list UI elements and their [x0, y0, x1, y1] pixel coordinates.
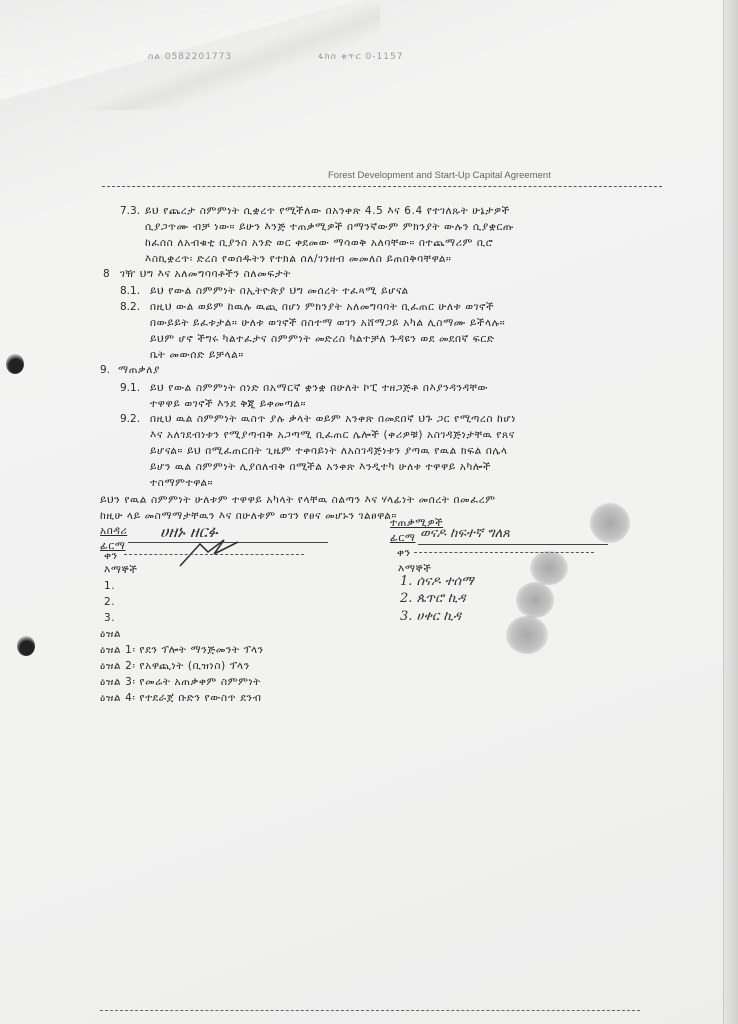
- section-number: 8: [103, 268, 110, 280]
- beneficiary-signature: ወናዶ ከፍተኛ ግለጸ: [420, 526, 510, 541]
- clause-line: ይሆናል። ይህ በሚፈጠርበት ጊዜም ተቀባይነት ለአስገዳጅነቱን ያጣ…: [150, 443, 508, 459]
- section-number: 9.: [100, 364, 110, 376]
- fingerprint-stamp: [516, 582, 554, 618]
- date-label: ቀን: [397, 545, 411, 561]
- annex-item: ዕዝል 3፡ የመሬት አጠቃቀም ስምምነት: [100, 674, 261, 690]
- signature-label: ፊርማ: [390, 530, 416, 546]
- fingerprint-stamp: [506, 616, 548, 654]
- punch-hole-top: [6, 354, 24, 374]
- clause-line: ይህ የጨረታ ስምምነት ሲቋረጥ የሚችለው በአንቀጽ 4.5 እና 6.…: [145, 203, 510, 219]
- signature-line: [418, 544, 608, 545]
- clause-line: በውይይት ይፈቱታል። ሁለቱ ወገኖች በስተማ ወገን አሸማጋይ አካል…: [150, 315, 505, 331]
- lender-label: አበዳሪ: [100, 523, 127, 539]
- clause-number: 8.2.: [120, 301, 140, 313]
- clause-line: ተስማምተዋል።: [150, 475, 213, 491]
- section-title: ገዥ ህግ እና አለመግባባቶችን ስለመፍታት: [120, 266, 291, 282]
- clause-line: ይሆን ዉል ስምምነት ሊያሰለብቅ በሚችል አንቀጽ እንዲተካ ሁለቱ …: [150, 459, 491, 475]
- witnesses-label: እማኞች: [104, 562, 137, 578]
- clause-line: ከፈሰስ ለአብቁቲ ቢያንስ አንድ ወር ቀደመው ማሳወቅ አለባቸው። …: [145, 235, 493, 251]
- witness-1: 1. ሰናዶ ተሰማ: [400, 574, 474, 589]
- clause-number: 7.3.: [120, 205, 140, 217]
- signature-scribble: [178, 536, 248, 568]
- section-title: ማጠቃለያ: [118, 362, 160, 378]
- annex-item: ዕዝል 2፡ የአዋጪነት (ቢዝነስ) ፕላን: [100, 658, 250, 674]
- closing-line: ከዚሁ ላይ መስማማታቸዉን እና በሁለቱም ወገን የፀና መሆኑን ገል…: [100, 508, 397, 524]
- annex-item: ዕዝል 4፡ የተደራጀ ቡድን የውስጥ ደንብ: [100, 690, 262, 706]
- page-edge: [723, 0, 738, 1024]
- letterhead-phone: ስል 0582201773: [148, 52, 232, 62]
- witness-2: 2.: [104, 594, 115, 610]
- clause-number: 8.1.: [120, 285, 140, 297]
- clause-number: 9.1.: [120, 382, 140, 394]
- clause-line: ይህም ሆኖ ችግሩ ካልተፈታና ስምምነት መድረስ ካልተቻለ ጉዳዩን …: [150, 331, 495, 347]
- witness-2: 2. ጴጥሮ ኪዳ: [400, 591, 466, 606]
- witness-3: 3.: [104, 610, 115, 626]
- date-line: [414, 552, 594, 553]
- clause-line: ቤት መውሰድ ይቻላል።: [150, 347, 244, 363]
- letterhead-fax: ፋክስ ቁጥር 0-1157: [318, 52, 403, 62]
- annex-item: ዕዝል 1፡ የደን ፕሎት ማንጅመንት ፕላን: [100, 642, 264, 658]
- running-header: Forest Development and Start-Up Capital …: [328, 170, 551, 181]
- clause-line: ይህ የውል ስምምነት በኢትዮጵያ ህግ መሰረት ተፈጻሚ ይሆናል: [150, 283, 409, 299]
- punch-hole-bottom: [17, 636, 35, 656]
- clause-line: በዚህ ውል ወይም ከዉሉ ዉጪ በሆነ ምክንያት አለመግባባት ቢፈጠር…: [150, 299, 494, 315]
- clause-line: በዚህ ዉል ስምምነት ዉስጥ ያሉ ቃላት ወይም አንቀጽ በመደበኛ ህ…: [150, 411, 516, 427]
- fingerprint-stamp: [590, 503, 630, 543]
- clause-line: ሲያጋጥሙ ብቻ ነው። ይሁን እንጅ ተጠቃሚዎች በማንኛውም ምክንያት…: [145, 219, 514, 235]
- clause-line: ተዋዋይ ወገኖች እንደ ቅጂ ይቀመጣል።: [150, 396, 306, 412]
- clause-line: እና አለገደብነቱን የሚያጣብቅ አጋጣሚ ቢፈጠር ሌሎች (ቀሪዎቹ) …: [150, 427, 515, 443]
- witness-1: 1.: [104, 578, 115, 594]
- closing-line: ይህን የዉል ስምምነት ሁለቱም ተዋዋይ አካላት የላቸዉ ስልጣን እ…: [100, 492, 496, 508]
- witness-3: 3. ሀቀር ኪዳ: [400, 609, 461, 624]
- clause-number: 9.2.: [120, 413, 140, 425]
- clause-line: ይህ የውል ስምምነት ሰነድ በአማርኛ ቋንቋ በሁለት ኮፒ ተዘጋጅቶ…: [150, 380, 488, 396]
- header-rule: [102, 186, 662, 187]
- fingerprint-stamp: [530, 551, 568, 585]
- clause-line: እስኪቋረጥ፡ ድረስ የወሰዱትን የተክል ሰለ/ገንዘብ መመለስ ይጠበ…: [145, 251, 451, 267]
- date-line: [124, 554, 304, 555]
- annex-title: ዕዝል: [100, 626, 121, 642]
- footer-rule: [100, 1010, 640, 1011]
